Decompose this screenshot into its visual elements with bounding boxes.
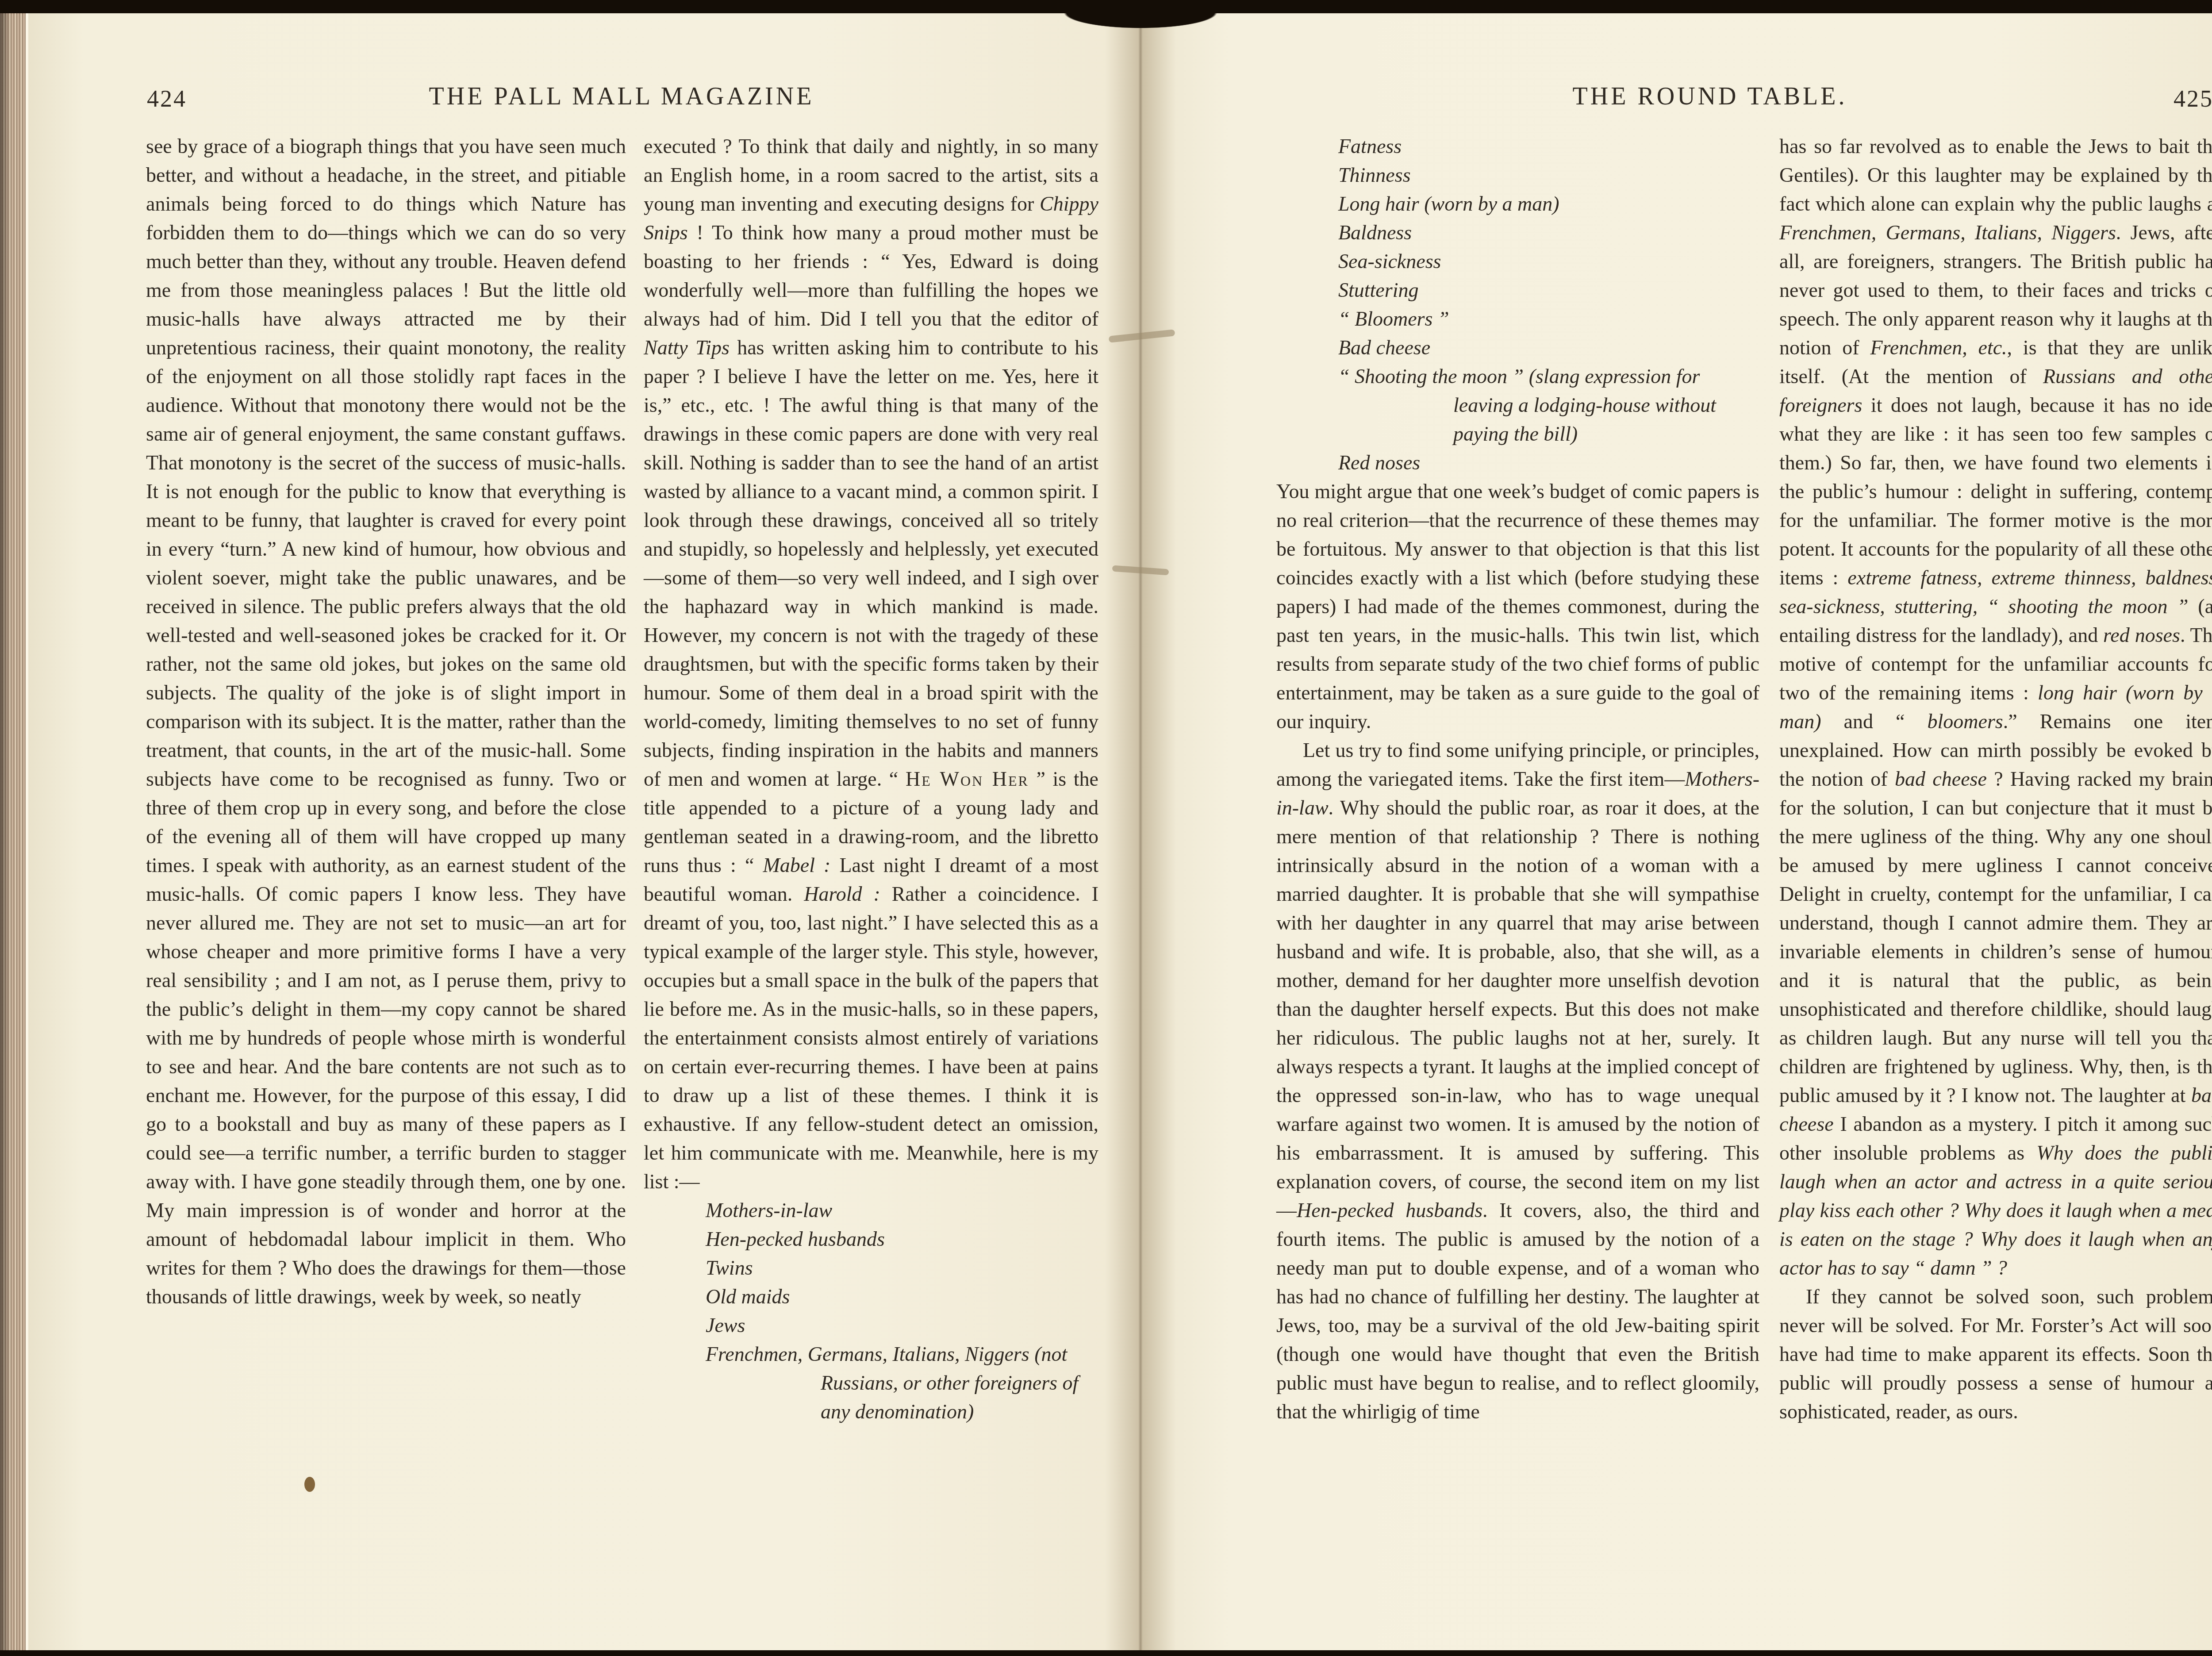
page-edges-left	[0, 6, 26, 1656]
italic-text: red noses	[2103, 624, 2180, 646]
small-caps-text: He Won Her	[906, 768, 1029, 790]
italic-text: Red noses	[1338, 451, 1420, 474]
text-block: Old maids	[644, 1282, 1098, 1311]
text-column-left-page-2: executed ? To think that daily and night…	[644, 132, 1098, 1426]
book-cover-gutter-dip	[1003, 12, 1278, 41]
text-block: If they cannot be solved soon, such prob…	[1779, 1282, 2212, 1426]
body-text: You might argue that one week’s budget o…	[1276, 480, 1759, 733]
italic-text: Hen-pecked husbands	[1297, 1199, 1482, 1222]
italic-text: Fatness	[1338, 135, 1402, 158]
italic-text: Stuttering	[1338, 279, 1418, 301]
text-block: “ Bloomers ”	[1276, 304, 1759, 333]
body-text: . Why should the public roar, as roar it…	[1276, 796, 1759, 1222]
text-block: “ Shooting the moon ” (slang expression …	[1276, 362, 1759, 448]
italic-text: Old maids	[706, 1285, 790, 1308]
body-text: see by grace of a biograph things that y…	[146, 135, 626, 1308]
text-block: Jews	[644, 1311, 1098, 1340]
italic-text: Frenchmen, Germans, Italians, Niggers (n…	[706, 1343, 1078, 1423]
body-text: ! To think how many a proud mother must …	[644, 221, 1098, 330]
italic-text: bloomers	[1928, 710, 2003, 733]
book-gutter	[1105, 13, 1176, 1650]
text-block: You might argue that one week’s budget o…	[1276, 477, 1759, 736]
ink-blot	[304, 1477, 315, 1492]
text-block: Bad cheese	[1276, 333, 1759, 362]
body-text: . It covers, also, the third and fourth …	[1276, 1199, 1759, 1423]
text-block: see by grace of a biograph things that y…	[146, 132, 626, 1311]
italic-text: Mothers-in-law	[706, 1199, 832, 1222]
italic-text: Baldness	[1338, 221, 1412, 244]
text-block: Let us try to find some unifying princip…	[1276, 736, 1759, 1426]
italic-text: Sea-sickness	[1338, 250, 1441, 273]
text-block: has so far revolved as to enable the Jew…	[1779, 132, 2212, 1282]
body-text: has written asking him to contribute to …	[644, 336, 1098, 790]
page-number-right: 425	[1276, 85, 2212, 112]
text-block: Hen-pecked husbands	[644, 1225, 1098, 1253]
running-title-left: THE PALL MALL MAGAZINE	[146, 82, 1097, 111]
italic-text: Bad cheese	[1338, 336, 1430, 359]
body-text: it does not laugh, because it has no ide…	[1779, 394, 2212, 589]
italic-text: Frenchmen, Germans, Italians, Niggers	[1779, 221, 2116, 244]
text-block: Twins	[644, 1253, 1098, 1282]
text-column-right-page-2: has so far revolved as to enable the Jew…	[1779, 132, 2212, 1426]
body-text: executed ? To think that daily and night…	[644, 135, 1098, 215]
text-block: Frenchmen, Germans, Italians, Niggers (n…	[644, 1340, 1098, 1426]
italic-text: Frenchmen, etc.	[1870, 336, 2007, 359]
text-block: Baldness	[1276, 218, 1759, 247]
body-text: If they cannot be solved soon, such prob…	[1779, 1285, 2212, 1423]
italic-text: Twins	[706, 1256, 753, 1279]
italic-text: Natty Tips	[644, 336, 730, 359]
text-block: executed ? To think that daily and night…	[644, 132, 1098, 1196]
italic-text: “ Bloomers ”	[1338, 307, 1449, 330]
text-column-right-page-1: FatnessThinnessLong hair (worn by a man)…	[1276, 132, 1759, 1426]
body-text: has so far revolved as to enable the Jew…	[1779, 135, 2212, 215]
body-text: and “	[1821, 710, 1928, 733]
italic-text: Hen-pecked husbands	[706, 1228, 885, 1250]
italic-text: Mabel :	[763, 854, 830, 876]
text-block: Fatness	[1276, 132, 1759, 161]
italic-text: Thinness	[1338, 164, 1411, 186]
text-block: Sea-sickness	[1276, 247, 1759, 276]
italic-text: Harold :	[804, 883, 880, 905]
text-block: Mothers-in-law	[644, 1196, 1098, 1225]
italic-text: Long hair (worn by a man)	[1338, 192, 1559, 215]
body-text: Rather a coincidence. I dreamt of you, t…	[644, 883, 1098, 1193]
book-cover-top-edge	[0, 0, 2212, 13]
text-column-left-page-1: see by grace of a biograph things that y…	[146, 132, 626, 1311]
italic-text: “ Shooting the moon ” (slang expression …	[1338, 365, 1716, 445]
text-block: Thinness	[1276, 161, 1759, 189]
italic-text: bad cheese	[1895, 768, 1987, 790]
text-block: Long hair (worn by a man)	[1276, 189, 1759, 218]
open-book-spread: 424 THE PALL MALL MAGAZINE THE ROUND TAB…	[0, 0, 2212, 1656]
italic-text: Jews	[706, 1314, 745, 1337]
body-text: ? Having racked my brains for the soluti…	[1779, 768, 2212, 1107]
text-block: Stuttering	[1276, 276, 1759, 304]
book-cover-bottom-edge	[0, 1650, 2212, 1656]
text-block: Red noses	[1276, 448, 1759, 477]
